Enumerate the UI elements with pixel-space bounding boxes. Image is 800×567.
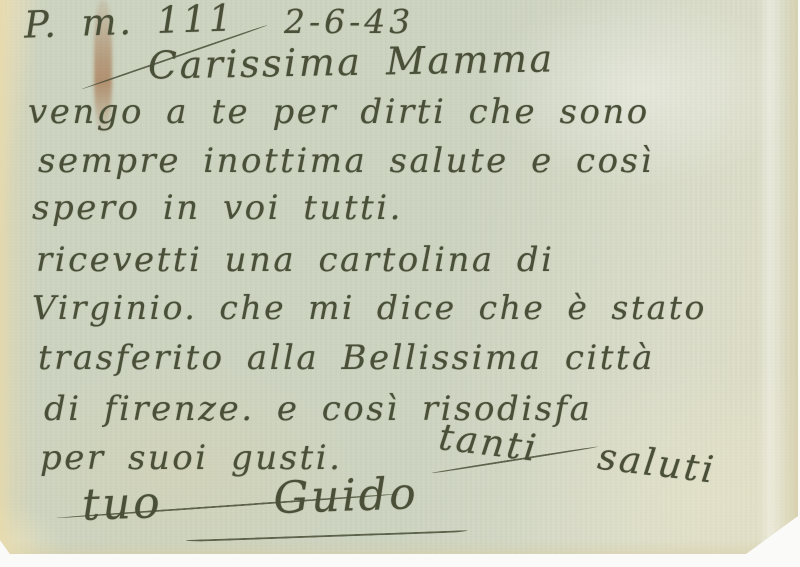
signature: tuo Guido bbox=[81, 468, 419, 531]
field-post-number: P. m. 111 bbox=[23, 0, 235, 47]
body-line: Virginio. che mi dice che è stato bbox=[32, 288, 707, 327]
body-line: ricevetti una cartolina di bbox=[36, 240, 555, 280]
signature-underline-stroke bbox=[186, 530, 468, 542]
salutation: Carissima Mamma bbox=[148, 36, 555, 87]
body-line: spero in voi tutti. bbox=[32, 188, 403, 228]
postcard-scan: P. m. 111 2-6-43 Carissima Mamma vengo a… bbox=[0, 0, 800, 567]
body-line: trasferito alla Bellissima città bbox=[38, 338, 655, 378]
body-line: sempre inottima salute e così bbox=[38, 141, 654, 181]
body-line: vengo a te per dirti che sono bbox=[28, 92, 650, 132]
postcard-paper: P. m. 111 2-6-43 Carissima Mamma vengo a… bbox=[0, 0, 798, 554]
date: 2-6-43 bbox=[284, 2, 414, 41]
